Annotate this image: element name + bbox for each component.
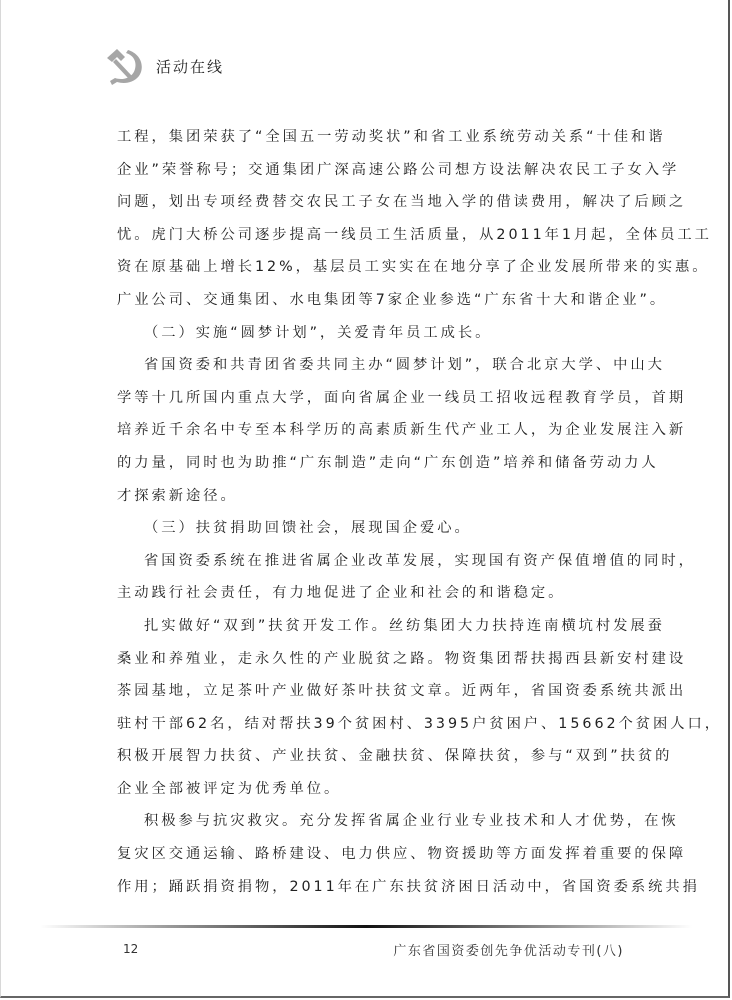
- text-line: 培养近千余名中专至本科学历的高素质新生代产业工人，为企业发展注入新: [117, 414, 629, 447]
- publication-title: 广东省国资委创先争优活动专刊(八): [393, 940, 624, 959]
- text-line: 的力量，同时也为助推“广东制造”走向“广东创造”培养和储备劳动力人: [117, 447, 629, 480]
- text-line: 积极开展智力扶贫、产业扶贫、金融扶贫、保障扶贫，参与“双到”扶贫的: [117, 740, 629, 773]
- text-line: 问题，划出专项经费替交农民工子女在当地入学的借读费用，解决了后顾之: [117, 186, 629, 219]
- paragraph-start: 积极参与抗灾救灾。充分发挥省属企业行业专业技术和人才优势，在恢: [117, 805, 629, 838]
- text-line: 广业公司、交通集团、水电集团等7家企业参选“广东省十大和谐企业”。: [117, 284, 629, 317]
- section-heading: （二）实施“圆梦计划”，关爱青年员工成长。: [117, 317, 629, 350]
- paragraph-start: 扎实做好“双到”扶贫开发工作。丝纺集团大力扶持连南横坑村发展蚕: [117, 610, 629, 643]
- text-line: 忧。虎门大桥公司逐步提高一线员工生活质量，从2011年1月起，全体员工工: [117, 219, 629, 252]
- text-line: 复灾区交通运输、路桥建设、电力供应、物资援助等方面发挥着重要的保障: [117, 838, 629, 871]
- hammer-sickle-icon: [102, 46, 146, 86]
- footer-divider: [40, 925, 692, 928]
- text-line: 才探索新途径。: [117, 480, 629, 513]
- article-body: 工程，集团荣获了“全国五一劳动奖状”和省工业系统劳动关系“十佳和谐 企业”荣誉称…: [117, 121, 629, 903]
- text-line: 企业”荣誉称号；交通集团广深高速公路公司想方设法解决农民工子女入学: [117, 154, 629, 187]
- paragraph-start: 省国资委系统在推进省属企业改革发展，实现国有资产保值增值的同时，: [117, 545, 629, 578]
- text-line: 学等十几所国内重点大学，面向省属企业一线员工招收远程教育学员，首期: [117, 382, 629, 415]
- text-line: 桑业和养殖业，走永久性的产业脱贫之路。物资集团帮扶揭西县新安村建设: [117, 643, 629, 676]
- text-line: 茶园基地，立足茶叶产业做好茶叶扶贫文章。近两年，省国资委系统共派出: [117, 675, 629, 708]
- paragraph-start: 省国资委和共青团省委共同主办“圆梦计划”，联合北京大学、中山大: [117, 349, 629, 382]
- text-line: 驻村干部62名，结对帮扶39个贫困村、3395户贫困户、15662个贫困人口，: [117, 708, 629, 741]
- text-line: 主动践行社会责任，有力地促进了企业和社会的和谐稳定。: [117, 577, 629, 610]
- section-heading: （三）扶贫捐助回馈社会，展现国企爱心。: [117, 512, 629, 545]
- text-line: 资在原基础上增长12%，基层员工实实在在地分享了企业发展所带来的实惠。: [117, 251, 629, 284]
- text-line: 工程，集团荣获了“全国五一劳动奖状”和省工业系统劳动关系“十佳和谐: [117, 121, 629, 154]
- section-title: 活动在线: [156, 56, 224, 77]
- page-header: 活动在线: [102, 46, 224, 86]
- text-line: 作用；踊跃捐资捐物，2011年在广东扶贫济困日活动中，省国资委系统共捐: [117, 871, 629, 904]
- text-line: 企业全部被评定为优秀单位。: [117, 773, 629, 806]
- page-number: 12: [123, 942, 138, 956]
